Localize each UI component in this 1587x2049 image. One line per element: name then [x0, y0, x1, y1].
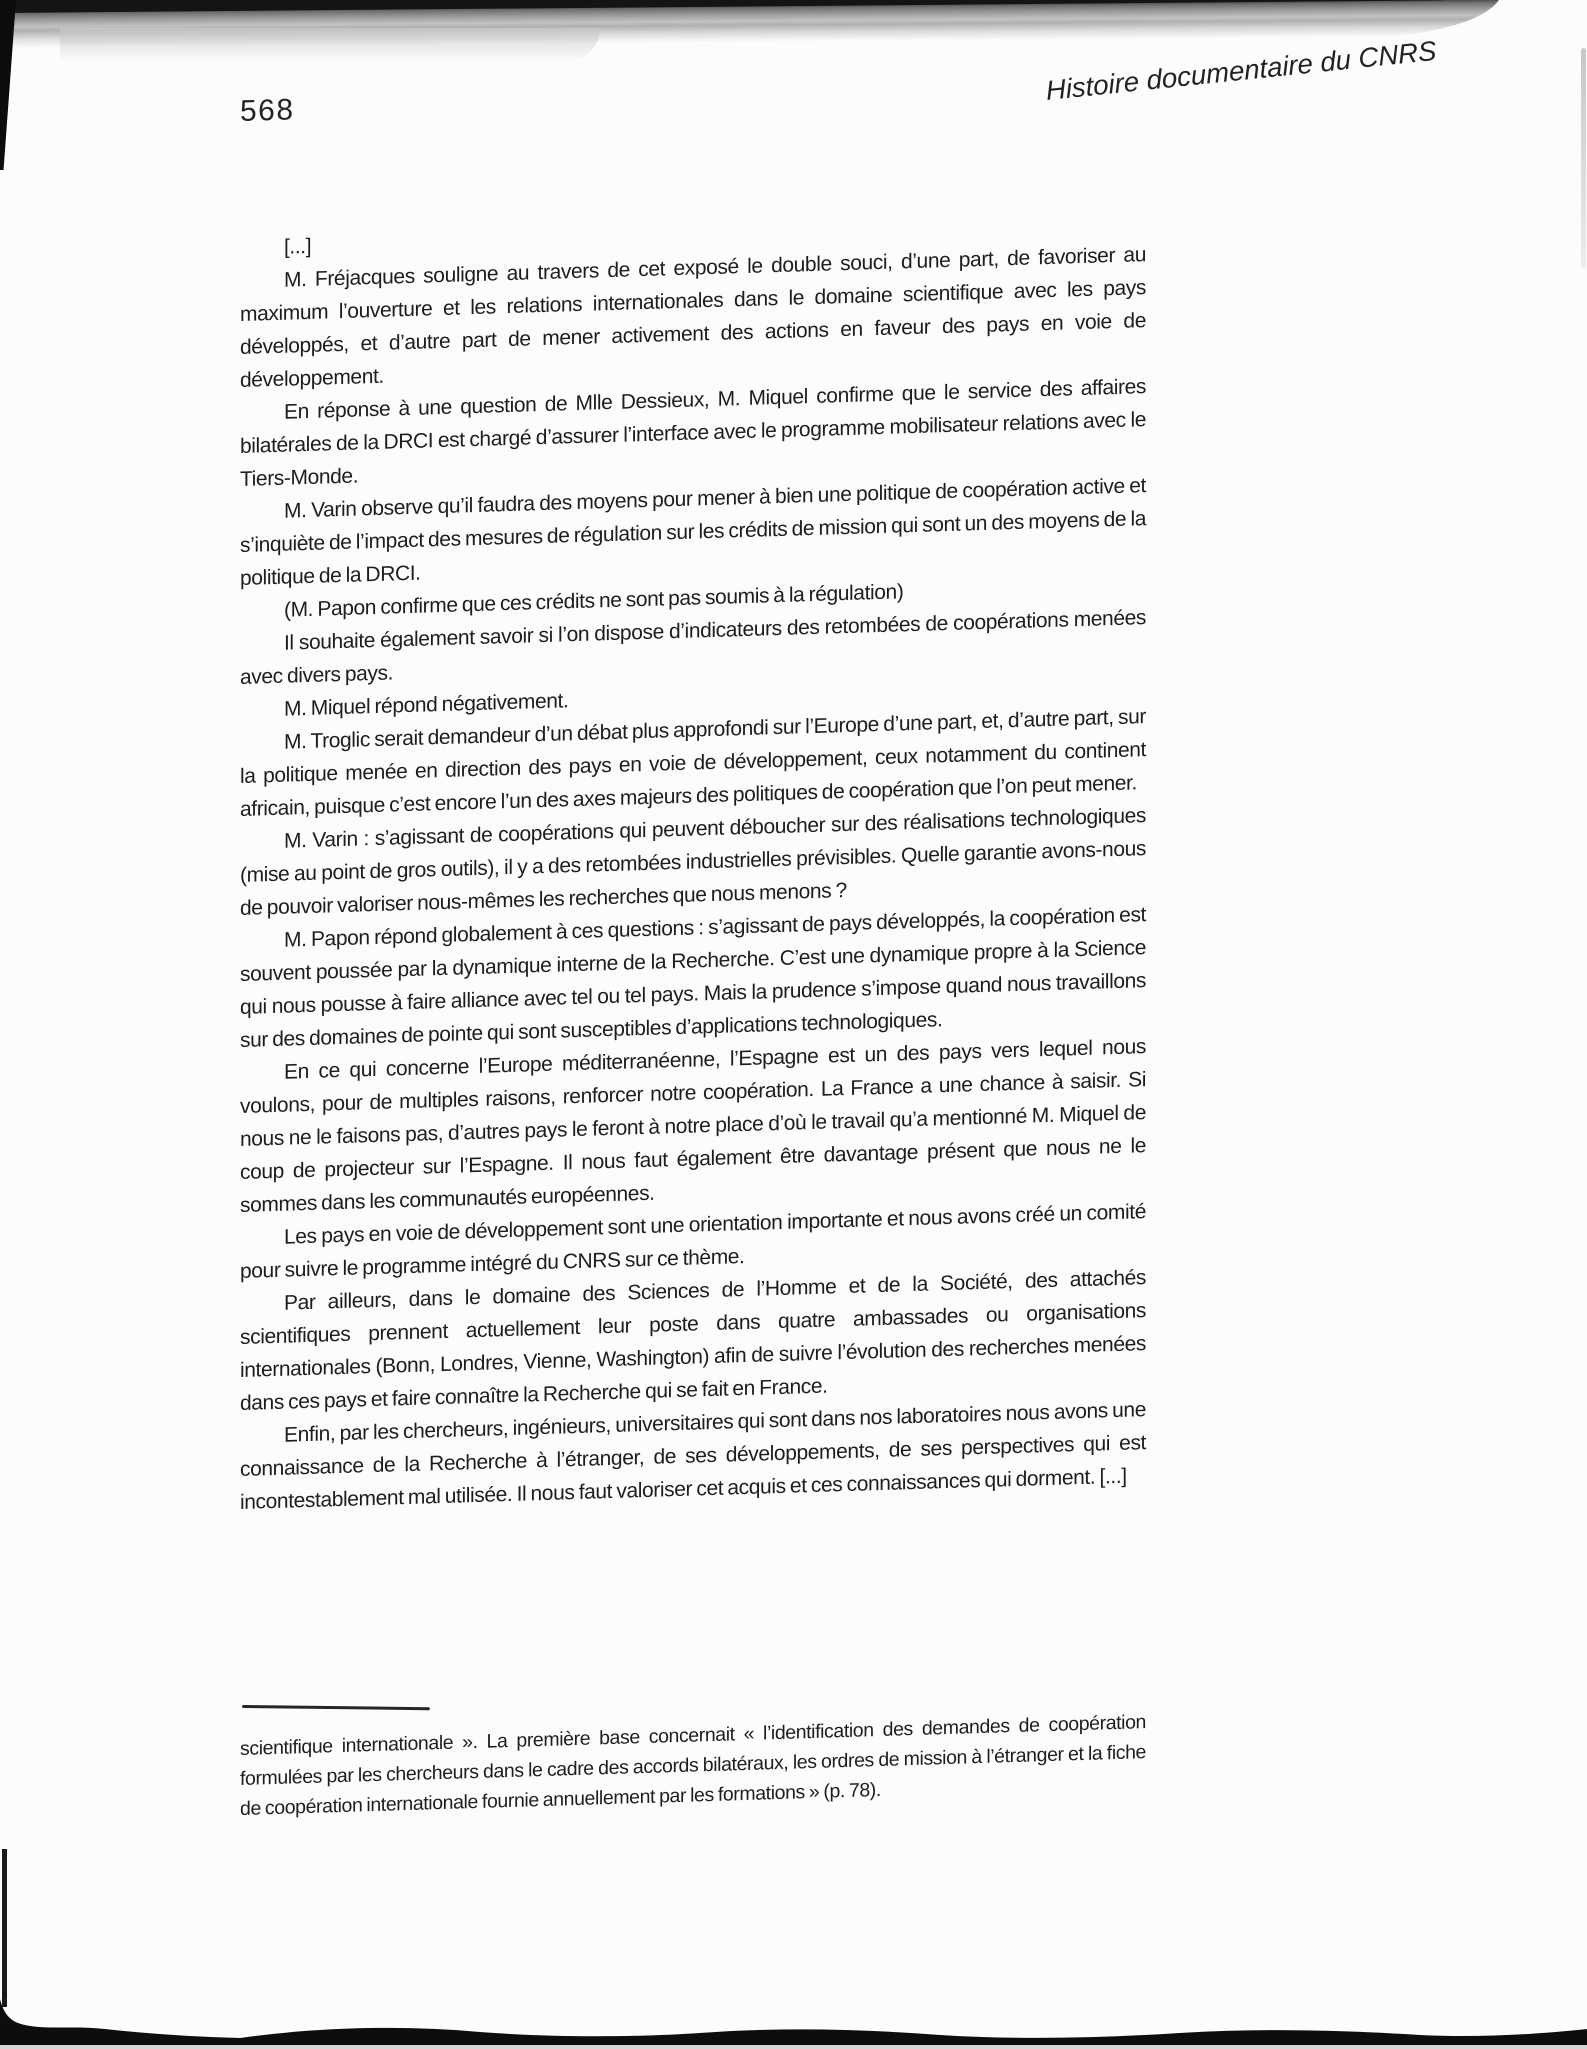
page-number: 568 — [240, 93, 295, 128]
footnote-text: scientifique internationale ». La premiè… — [240, 1707, 1146, 1824]
scan-paper-edge-right — [1581, 48, 1586, 268]
scanned-book-page: 568 Histoire documentaire du CNRS [...]M… — [0, 0, 1587, 2049]
scan-fanned-pages-shadow — [60, 28, 600, 62]
footnote-separator-rule — [242, 1705, 430, 1710]
scan-edge-line-bottom-left — [2, 1849, 7, 2007]
scan-scanner-bed-line — [0, 2045, 1587, 2049]
page-content: 568 Histoire documentaire du CNRS [...]M… — [240, 68, 1146, 1519]
footnote-area: scientifique internationale ». La premiè… — [240, 1678, 1146, 1824]
page-header: 568 Histoire documentaire du CNRS — [240, 68, 1146, 137]
paragraph: En ce qui concerne l’Europe méditerranée… — [240, 1030, 1146, 1222]
scan-black-corner-top-left — [0, 0, 16, 170]
running-title: Histoire documentaire du CNRS — [1045, 35, 1438, 107]
body-text: [...]M. Fréjacques souligne au travers d… — [240, 205, 1146, 1519]
scan-dark-edge-bottom — [0, 1985, 1587, 2045]
